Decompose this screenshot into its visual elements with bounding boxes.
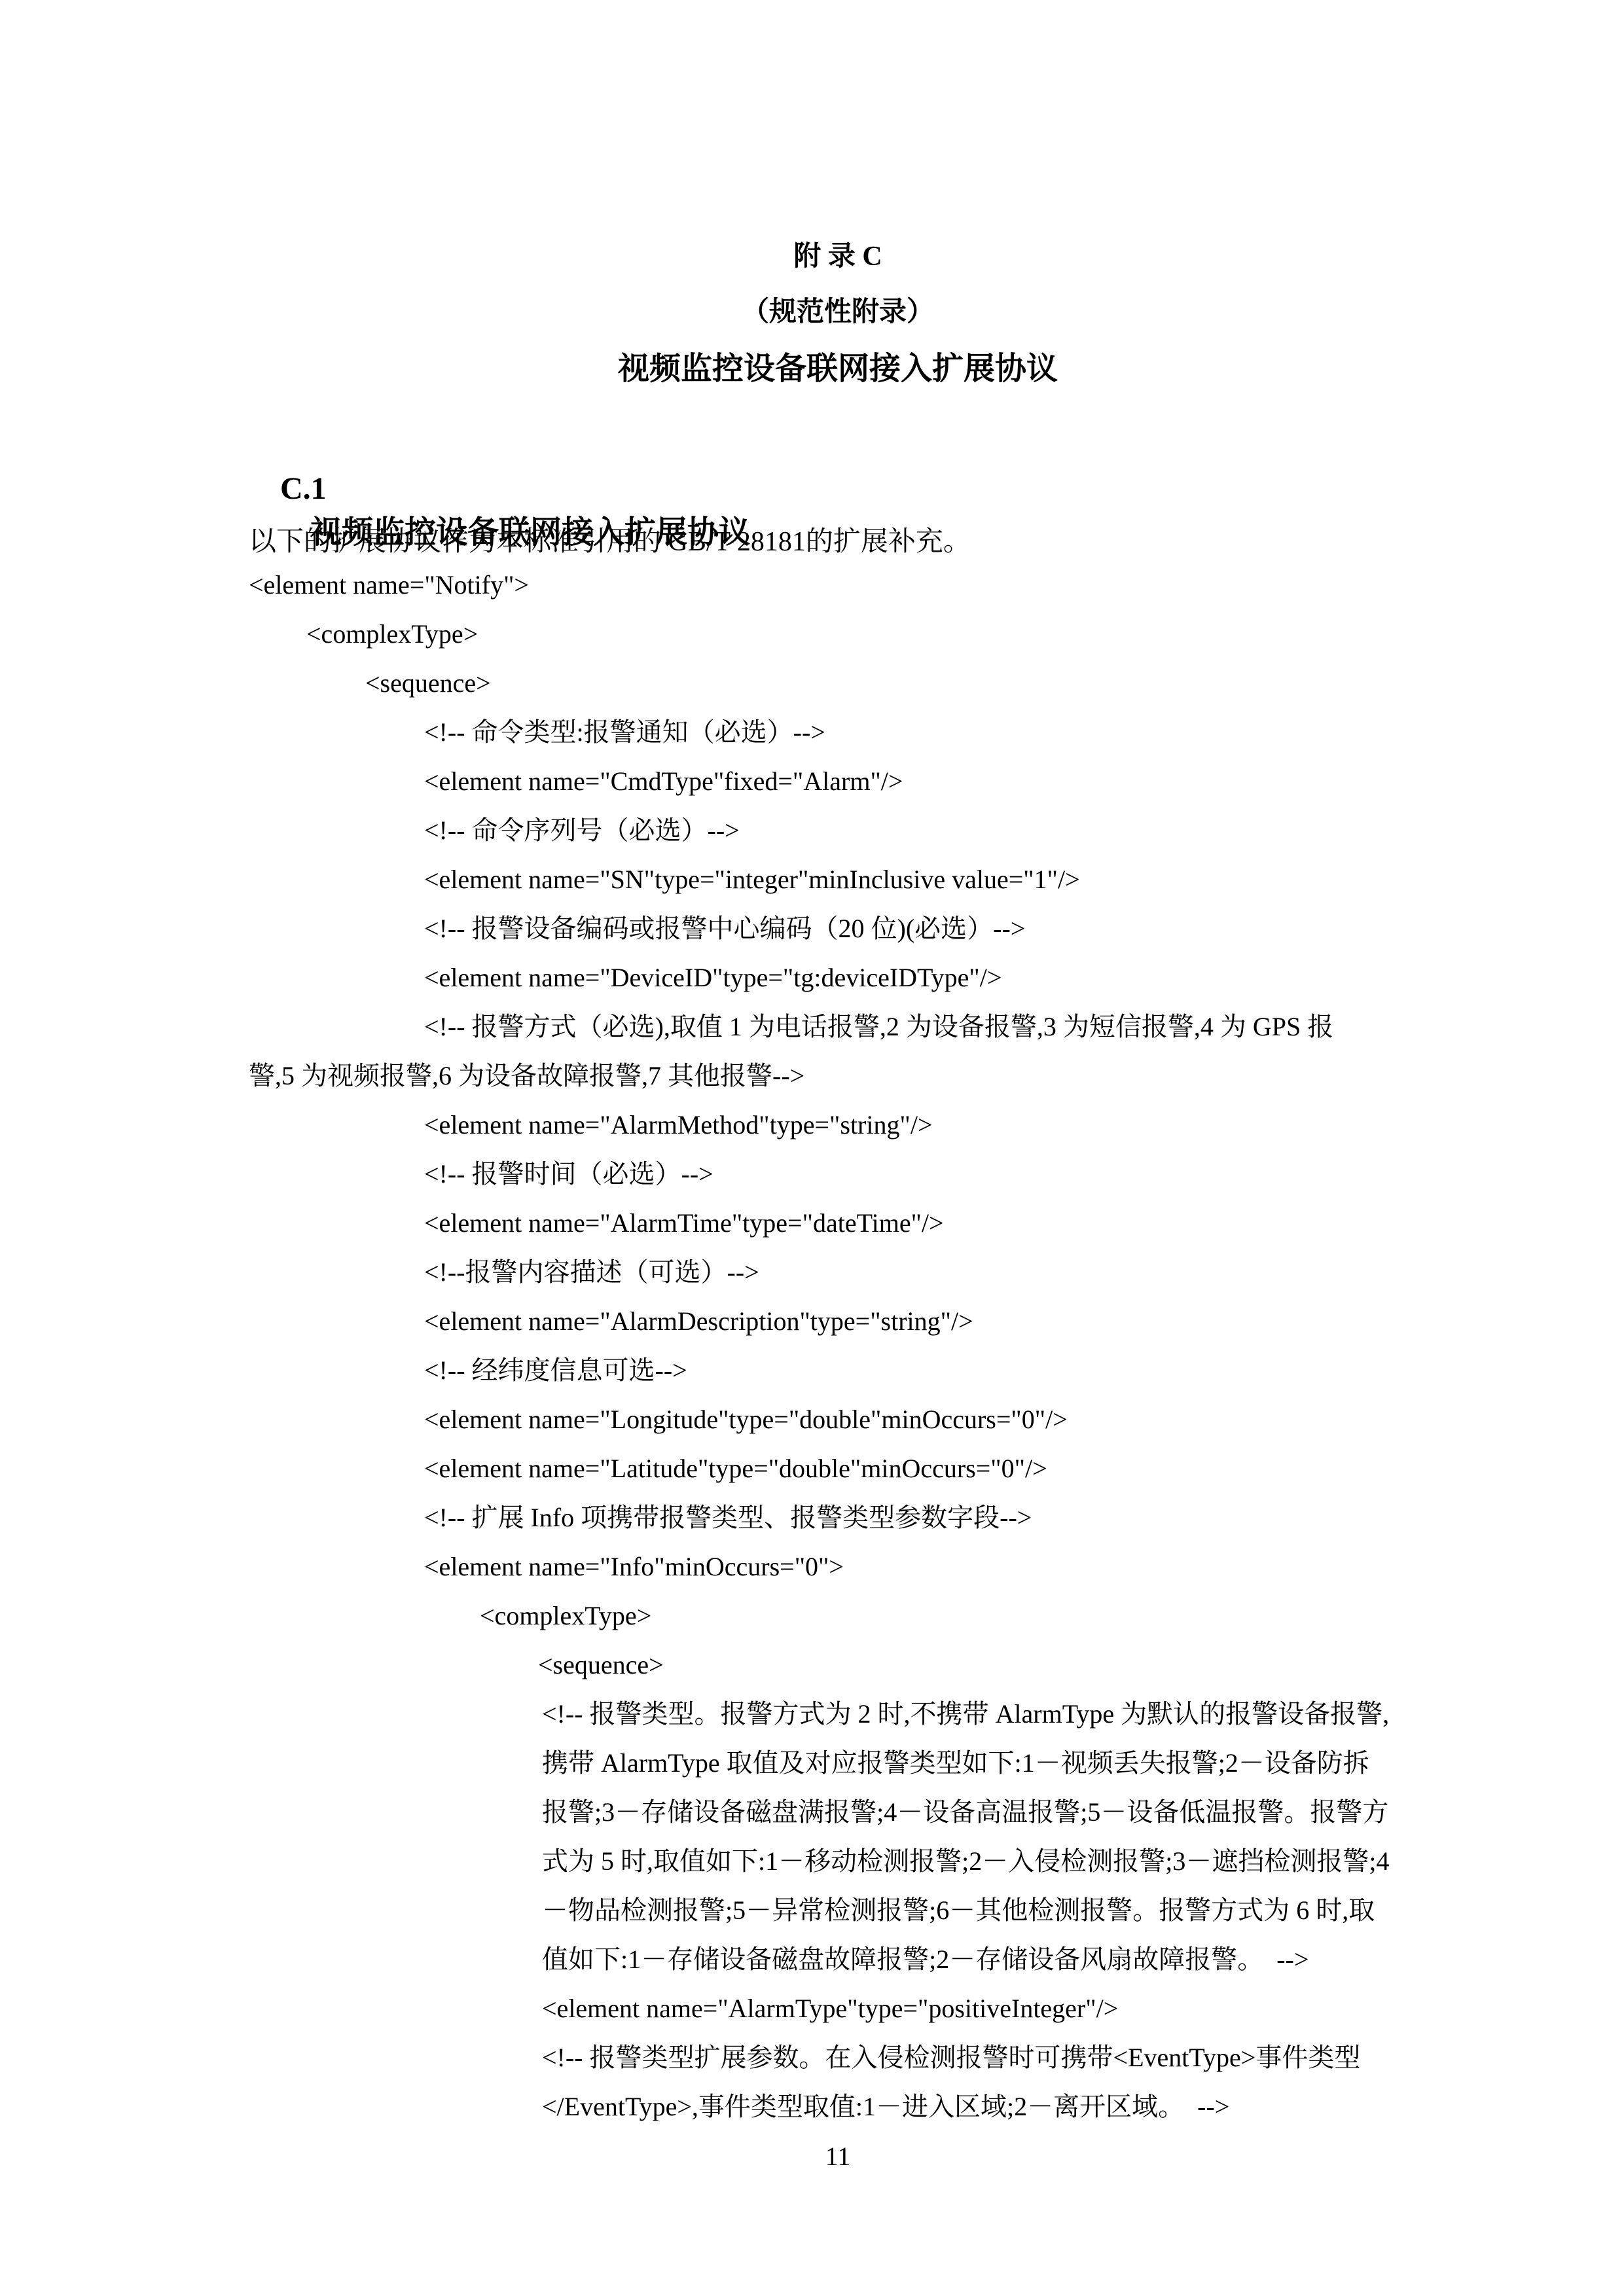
intro-paragraph: 以下的扩展协议作为本标准引用的 GB/T 28181的扩展补充。 <box>249 520 971 559</box>
appendix-title: 视频监控设备联网接入扩展协议 <box>249 343 1427 388</box>
page-number: 11 <box>249 2135 1427 2178</box>
code-line: 警,5 为视频报警,6 为设备故障报警,7 其他报警--> <box>249 1051 1389 1100</box>
code-line: <element name="AlarmDescription"type="st… <box>249 1297 1389 1346</box>
code-line: <element name="AlarmType"type="positiveI… <box>249 1984 1389 2033</box>
code-line: <!-- 报警类型。报警方式为 2 时,不携带 AlarmType 为默认的报警… <box>249 1689 1389 1738</box>
section-number: C.1 <box>280 471 327 507</box>
xml-schema-block: <element name="Notify"> <complexType> <s… <box>249 560 1389 2131</box>
code-line: <!-- 报警方式（必选),取值 1 为电话报警,2 为设备报警,3 为短信报警… <box>249 1002 1389 1051</box>
code-line: <element name="CmdType"fixed="Alarm"/> <box>249 757 1389 806</box>
code-line: <!-- 经纬度信息可选--> <box>249 1346 1389 1395</box>
code-line: <!-- 报警时间（必选）--> <box>249 1149 1389 1198</box>
code-line: <sequence> <box>249 1640 1389 1689</box>
code-line: <element name="Longitude"type="double"mi… <box>249 1395 1389 1444</box>
code-line: <!-- 命令类型:报警通知（必选）--> <box>249 708 1389 757</box>
code-line: 式为 5 时,取值如下:1－移动检测报警;2－入侵检测报警;3－遮挡检测报警;4 <box>249 1837 1389 1886</box>
code-line: <element name="DeviceID"type="tg:deviceI… <box>249 953 1389 1002</box>
code-line: <complexType> <box>249 609 1389 658</box>
code-line: </EventType>,事件类型取值:1－进入区域;2－离开区域。 --> <box>249 2082 1389 2131</box>
code-line: 报警;3－存储设备磁盘满报警;4－设备高温报警;5－设备低温报警。报警方 <box>249 1787 1389 1837</box>
code-line: <element name="Latitude"type="double"min… <box>249 1444 1389 1493</box>
code-line: －物品检测报警;5－异常检测报警;6－其他检测报警。报警方式为 6 时,取 <box>249 1886 1389 1935</box>
code-line: <!--报警内容描述（可选）--> <box>249 1247 1389 1297</box>
code-line: <element name="Info"minOccurs="0"> <box>249 1542 1389 1591</box>
code-line: 值如下:1－存储设备磁盘故障报警;2－存储设备风扇故障报警。 --> <box>249 1935 1389 1984</box>
code-line: <element name="AlarmMethod"type="string"… <box>249 1100 1389 1149</box>
code-line: <!-- 报警设备编码或报警中心编码（20 位)(必选）--> <box>249 904 1389 953</box>
code-line: <element name="Notify"> <box>249 560 1389 609</box>
code-line: <complexType> <box>249 1591 1389 1640</box>
code-line: <!-- 扩展 Info 项携带报警类型、报警类型参数字段--> <box>249 1493 1389 1542</box>
code-line: <element name="AlarmTime"type="dateTime"… <box>249 1198 1389 1247</box>
code-line: <sequence> <box>249 658 1389 708</box>
code-line: <!-- 报警类型扩展参数。在入侵检测报警时可携带<EventType>事件类型 <box>249 2033 1389 2082</box>
appendix-label: 附 录 C <box>249 234 1427 274</box>
normative-appendix-label: （规范性附录） <box>249 290 1427 329</box>
code-line: <element name="SN"type="integer"minInclu… <box>249 855 1389 904</box>
document-page: 附 录 C （规范性附录） 视频监控设备联网接入扩展协议 C.1 视频监控设备联… <box>0 0 1624 2296</box>
code-line: 携带 AlarmType 取值及对应报警类型如下:1－视频丢失报警;2－设备防拆 <box>249 1738 1389 1787</box>
code-line: <!-- 命令序列号（必选）--> <box>249 806 1389 855</box>
